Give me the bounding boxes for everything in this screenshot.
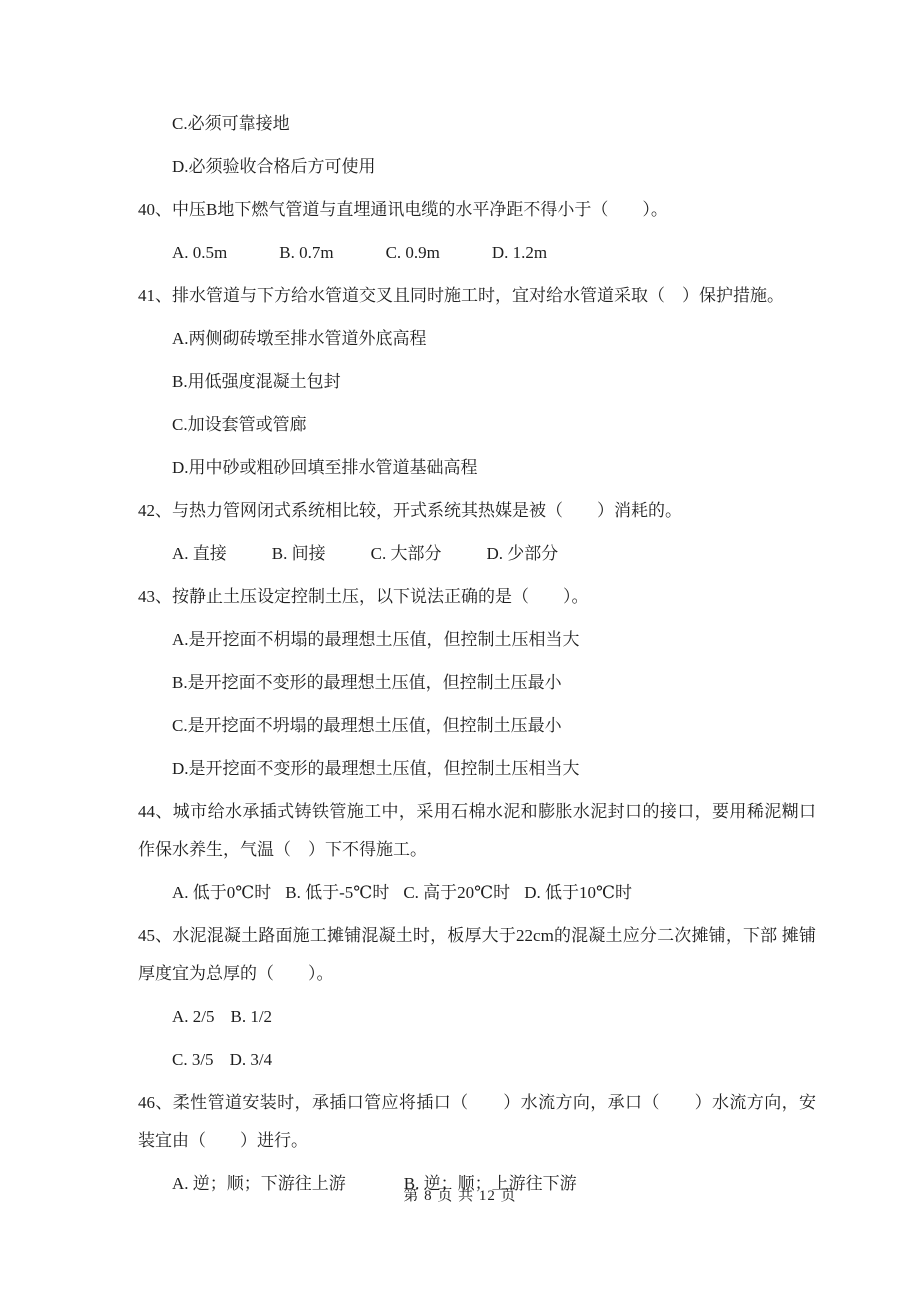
exam-page: C.必须可靠接地D.必须验收合格后方可使用40、中压B地下燃气管道与直埋通讯电缆… (0, 0, 920, 1302)
option: D.是开挖面不变形的最理想土压值，但控制土压相当大 (172, 750, 580, 788)
option: A. 0.5m (172, 234, 227, 272)
question-text: 40、中压B地下燃气管道与直埋通讯电缆的水平净距不得小于（ ）。 (138, 191, 816, 229)
option-row: A.两侧砌砖墩至排水管道外底高程 (172, 320, 782, 358)
option: A. 低于0℃时 (172, 874, 271, 912)
question-text: 45、水泥混凝土路面施工摊铺混凝土时，板厚大于22cm的混凝土应分二次摊铺，下部… (138, 917, 816, 993)
option-row: A. 直接B. 间接C. 大部分D. 少部分 (172, 535, 782, 573)
option-row: A. 低于0℃时B. 低于-5℃时C. 高于20℃时D. 低于10℃时 (172, 874, 782, 912)
option: B. 1/2 (231, 998, 273, 1036)
option: C. 大部分 (371, 535, 442, 573)
option: D. 3/4 (230, 1041, 273, 1079)
exam-content: C.必须可靠接地D.必须验收合格后方可使用40、中压B地下燃气管道与直埋通讯电缆… (138, 105, 816, 1208)
option: D. 少部分 (486, 535, 558, 573)
option: A.两侧砌砖墩至排水管道外底高程 (172, 320, 427, 358)
option-row: C.是开挖面不坍塌的最理想土压值，但控制土压最小 (172, 707, 782, 745)
question-text: 44、城市给水承插式铸铁管施工中，采用石棉水泥和膨胀水泥封口的接口，要用稀泥糊口… (138, 793, 816, 869)
option: B. 间接 (272, 535, 326, 573)
option-row: A. 0.5mB. 0.7mC. 0.9mD. 1.2m (172, 234, 782, 272)
option-row: B.是开挖面不变形的最理想土压值，但控制土压最小 (172, 664, 782, 702)
option-row: A. 2/5B. 1/2 (172, 998, 782, 1036)
question-text: 46、柔性管道安装时，承插口管应将插口（ ）水流方向，承口（ ）水流方向，安装宜… (138, 1084, 816, 1160)
question-text: 43、按静止土压设定控制土压，以下说法正确的是（ ）。 (138, 578, 816, 616)
option: C. 3/5 (172, 1041, 214, 1079)
option: A. 2/5 (172, 998, 215, 1036)
option: A.是开挖面不枂塌的最理想土压值，但控制土压相当大 (172, 621, 580, 659)
page-footer: 第 8 页 共 12 页 (0, 1186, 920, 1206)
option-row: C. 3/5D. 3/4 (172, 1041, 782, 1079)
option: D.用中砂或粗砂回填至排水管道基础高程 (172, 449, 478, 487)
option-row: C.必须可靠接地 (172, 105, 782, 143)
option: B. 0.7m (279, 234, 333, 272)
option: C. 高于20℃时 (403, 874, 510, 912)
option: C.是开挖面不坍塌的最理想土压值，但控制土压最小 (172, 707, 562, 745)
option: C. 0.9m (386, 234, 440, 272)
option: C.加设套管或管廊 (172, 406, 307, 444)
option: C.必须可靠接地 (172, 105, 290, 143)
option: D.必须验收合格后方可使用 (172, 148, 376, 186)
option: B.用低强度混凝土包封 (172, 363, 341, 401)
option-row: C.加设套管或管廊 (172, 406, 782, 444)
option-row: A.是开挖面不枂塌的最理想土压值，但控制土压相当大 (172, 621, 782, 659)
option: B.是开挖面不变形的最理想土压值，但控制土压最小 (172, 664, 562, 702)
option: B. 低于-5℃时 (285, 874, 389, 912)
option: D. 1.2m (492, 234, 547, 272)
option-row: D.是开挖面不变形的最理想土压值，但控制土压相当大 (172, 750, 782, 788)
question-text: 41、排水管道与下方给水管道交叉且同时施工时，宜对给水管道采取（ ）保护措施。 (138, 277, 816, 315)
question-text: 42、与热力管网闭式系统相比较，开式系统其热媒是被（ ）消耗的。 (138, 492, 816, 530)
option: D. 低于10℃时 (524, 874, 632, 912)
option-row: D.必须验收合格后方可使用 (172, 148, 782, 186)
option-row: B.用低强度混凝土包封 (172, 363, 782, 401)
option-row: D.用中砂或粗砂回填至排水管道基础高程 (172, 449, 782, 487)
option: A. 直接 (172, 535, 227, 573)
